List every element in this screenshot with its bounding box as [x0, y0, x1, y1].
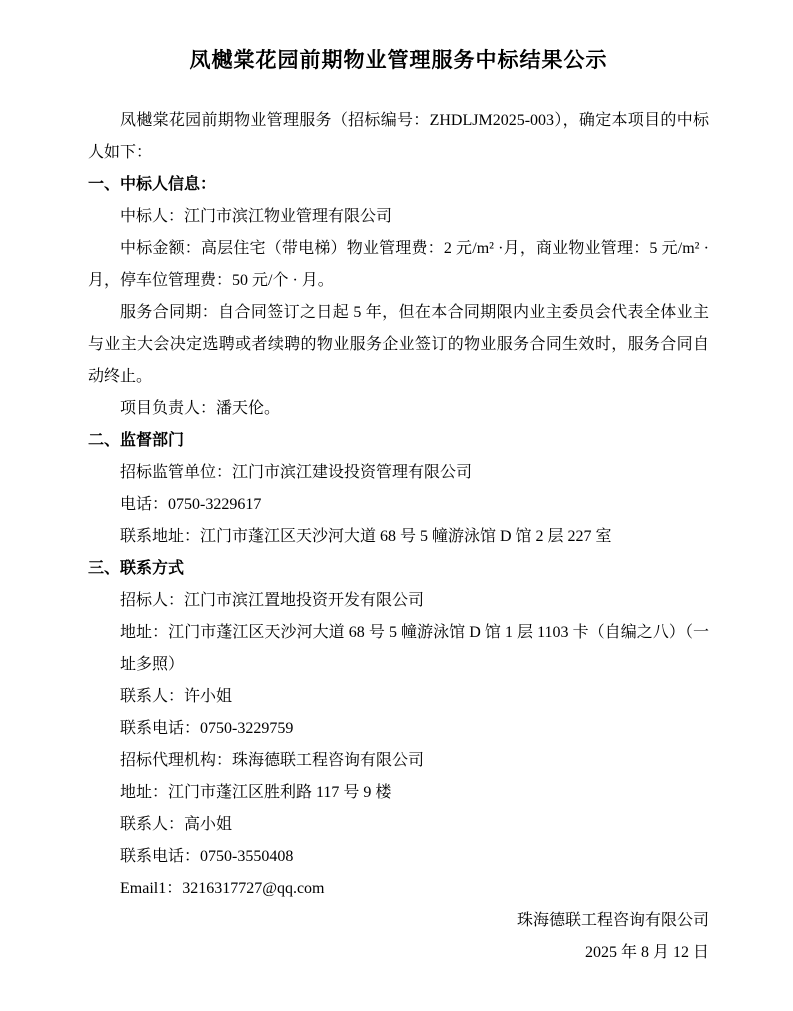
section-supervising-dept-heading: 二、监督部门 — [88, 425, 709, 457]
tenderer-phone-paragraph: 联系电话：0750-3229759 — [120, 713, 709, 745]
intro-paragraph: 凤樾棠花园前期物业管理服务（招标编号：ZHDLJM2025-003），确定本项目… — [88, 105, 709, 169]
supervising-phone-paragraph: 电话：0750-3229617 — [88, 489, 709, 521]
document-title: 凤樾棠花园前期物业管理服务中标结果公示 — [88, 45, 709, 77]
agency-email-paragraph: Email1：3216317727@qq.com — [120, 873, 709, 905]
document-page: 凤樾棠花园前期物业管理服务中标结果公示 凤樾棠花园前期物业管理服务（招标编号：Z… — [0, 0, 793, 1011]
bid-amount-paragraph: 中标金额：高层住宅（带电梯）物业管理费：2 元/m² ·月，商业物业管理：5 元… — [88, 233, 709, 297]
signature-date: 2025 年 8 月 12 日 — [88, 937, 709, 969]
supervising-address-paragraph: 联系地址：江门市蓬江区天沙河大道 68 号 5 幢游泳馆 D 馆 2 层 227… — [88, 521, 709, 553]
signature-company: 珠海德联工程咨询有限公司 — [88, 905, 709, 937]
winner-name-paragraph: 中标人：江门市滨江物业管理有限公司 — [88, 201, 709, 233]
agency-contact-person-paragraph: 联系人：高小姐 — [120, 809, 709, 841]
agency-name-paragraph: 招标代理机构：珠海德联工程咨询有限公司 — [120, 745, 709, 777]
tenderer-name-paragraph: 招标人：江门市滨江置地投资开发有限公司 — [120, 585, 709, 617]
project-manager-paragraph: 项目负责人：潘天伦。 — [88, 393, 709, 425]
tenderer-address-paragraph: 地址：江门市蓬江区天沙河大道 68 号 5 幢游泳馆 D 馆 1 层 1103 … — [120, 617, 709, 681]
agency-address-paragraph: 地址：江门市蓬江区胜利路 117 号 9 楼 — [120, 777, 709, 809]
agency-phone-paragraph: 联系电话：0750-3550408 — [120, 841, 709, 873]
section-contact-info-heading: 三、联系方式 — [88, 553, 709, 585]
service-term-paragraph: 服务合同期：自合同签订之日起 5 年，但在本合同期限内业主委员会代表全体业主与业… — [88, 297, 709, 393]
document-body: 凤樾棠花园前期物业管理服务（招标编号：ZHDLJM2025-003），确定本项目… — [88, 105, 709, 969]
section-winner-info-heading: 一、中标人信息： — [88, 169, 709, 201]
tenderer-contact-person-paragraph: 联系人：许小姐 — [120, 681, 709, 713]
signature-block: 珠海德联工程咨询有限公司 2025 年 8 月 12 日 — [88, 905, 709, 969]
supervising-unit-paragraph: 招标监管单位：江门市滨江建设投资管理有限公司 — [88, 457, 709, 489]
